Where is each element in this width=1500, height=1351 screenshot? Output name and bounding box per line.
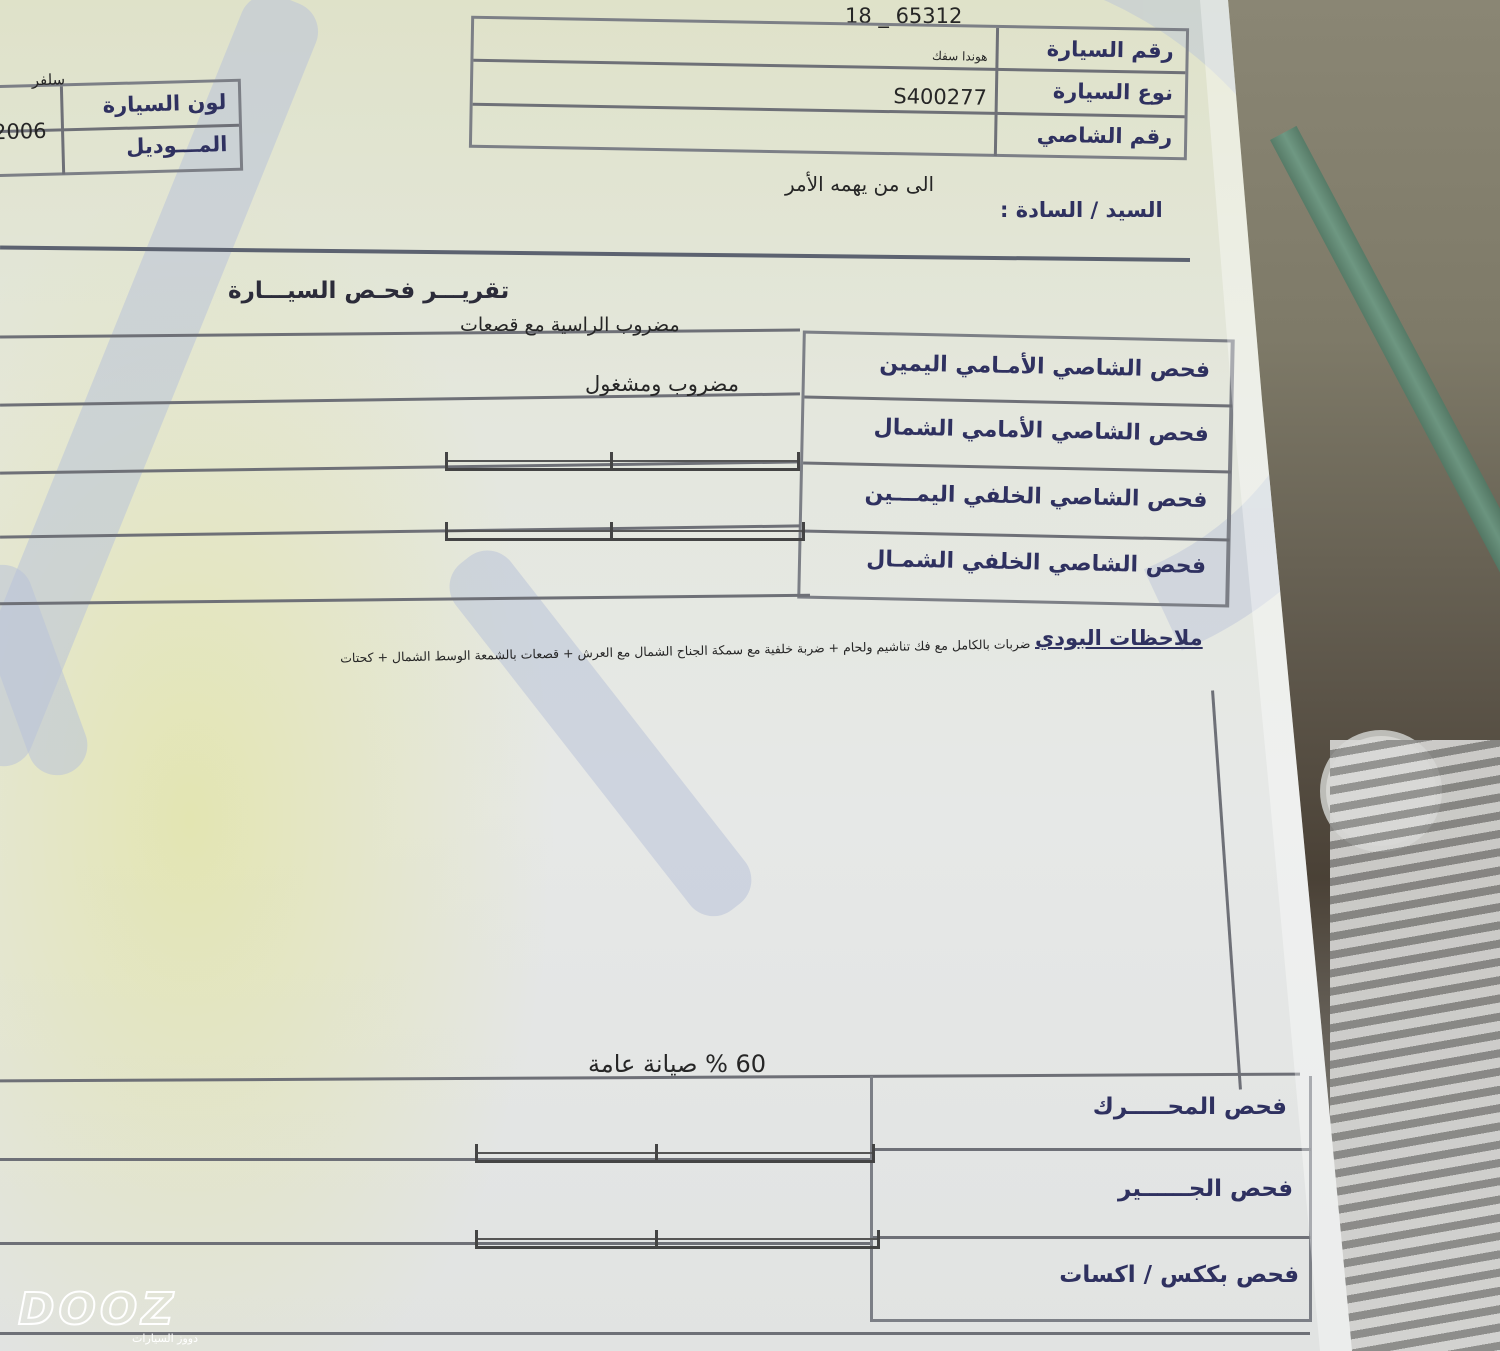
addressee-label: السيد / السادة : (1000, 198, 1163, 222)
row-divider (802, 530, 1230, 542)
engine-result: 60 % صيانة عامة (588, 1050, 766, 1078)
row-line (0, 594, 810, 605)
background-coil (1330, 740, 1500, 1351)
value-car-make: هوندا سفك (932, 49, 988, 64)
dooz-watermark: DOOZ دووز السيارات (18, 1288, 198, 1348)
row-divider (873, 1148, 1311, 1151)
label-car-type: نوع السيارة (1053, 79, 1174, 105)
chassis-front-right-label: فحص الشاصي الأمـامي اليمين (879, 351, 1210, 383)
row-divider (473, 103, 1185, 118)
axles-check-label: فحص بككس / اكسات (1059, 1262, 1299, 1288)
label-car-color: لون السيارة (102, 90, 226, 117)
row-divider (804, 396, 1232, 408)
addressee-value: الى من يهمه الأمر (785, 172, 934, 196)
chassis-rear-right-good-mark (445, 460, 800, 471)
gearbox-good-mark (475, 1152, 875, 1163)
row-divider (873, 1236, 1311, 1239)
label-plate: رقم السيارة (1046, 37, 1173, 63)
axles-good-mark (475, 1238, 880, 1249)
chassis-rear-left-label: فحص الشاصي الخلفي الشمـال (866, 547, 1206, 579)
label-model: المـــوديل (126, 132, 228, 159)
chassis-rear-left-good-mark (445, 530, 805, 541)
page-border (1211, 690, 1242, 1089)
color-model-table: لون السيارة سلفر المـــوديل 2006 (0, 79, 243, 178)
chassis-checks-table: فحص الشاصي الأمـامي اليمين فحص الشاصي ال… (797, 331, 1235, 608)
gearbox-check-label: فحص الجــــــير (1118, 1176, 1293, 1202)
label-chassis-number: رقم الشاصي (1037, 123, 1173, 149)
value-model-year: 2006 (0, 119, 47, 144)
chassis-front-left-label: فحص الشاصي الأمامي الشمال (873, 415, 1209, 447)
chassis-front-left-result: مضروب ومشغول (585, 372, 739, 396)
value-car-type: S400277 (893, 84, 987, 110)
engine-check-label: فحص المحـــــرك (1093, 1094, 1287, 1120)
column-divider (994, 28, 999, 156)
body-notes-label: ملاحظات البودي (1035, 626, 1203, 650)
row-divider (803, 462, 1231, 474)
value-car-color: سلفر (31, 70, 65, 89)
report-title: تقريـــر فحـص السيـــارة (228, 278, 509, 304)
mechanical-checks-table: فحص المحـــــرك فحص الجــــــير فحص بككس… (870, 1076, 1312, 1322)
chassis-rear-right-label: فحص الشاصي الخلفي اليمـــين (864, 481, 1207, 513)
vehicle-info-table: رقم السيارة هوندا سفك نوع السيارة S40027… (469, 16, 1189, 161)
dooz-logo: DOOZ (18, 1288, 198, 1332)
chassis-front-right-result: مضروب الراسية مع قصعات (460, 314, 680, 336)
